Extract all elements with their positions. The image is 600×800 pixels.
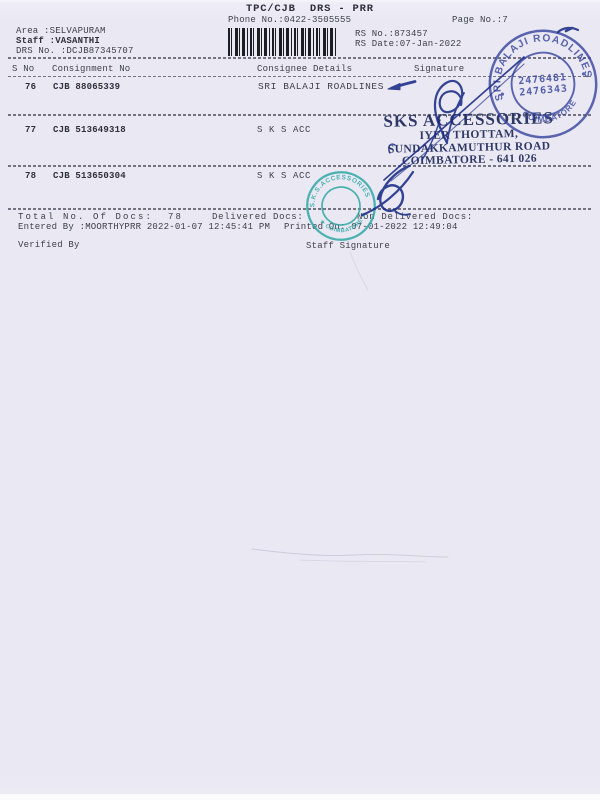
row-consignee: S K S ACC bbox=[257, 125, 311, 135]
row-sno: 76 bbox=[25, 82, 36, 92]
barcode bbox=[228, 28, 338, 56]
stamp-ring-text: S.K.S.ACCESSORIES bbox=[305, 169, 372, 208]
svg-text:S.K.S.ACCESSORIES: S.K.S.ACCESSORIES bbox=[305, 169, 372, 208]
staff-field: Staff :VASANTHI bbox=[16, 36, 100, 46]
total-docs: Total No. Of Docs: 78 bbox=[18, 212, 183, 222]
dashed-divider bbox=[8, 208, 592, 210]
col-header-signature: Signature bbox=[414, 64, 464, 74]
entered-by: Entered By :MOORTHYPRR 2022-01-07 12:45:… bbox=[18, 222, 270, 232]
row-consignment-no: CJB 513650304 bbox=[53, 171, 126, 181]
area-field: Area :SELVAPURAM bbox=[16, 26, 106, 36]
scan-edge-top bbox=[0, 0, 600, 2]
page-number: Page No.:7 bbox=[452, 15, 508, 25]
rs-date-field: RS Date:07-Jan-2022 bbox=[355, 39, 461, 49]
row-consignee: SRI BALAJI ROADLINES bbox=[258, 82, 384, 92]
drs-no-field: DRS No. :DCJB87345707 bbox=[16, 46, 134, 56]
svg-text:COIMBATORE: COIMBATORE bbox=[519, 96, 582, 130]
row-sno: 78 bbox=[25, 171, 36, 181]
scan-edge-bottom bbox=[0, 794, 600, 800]
sks-accessories-round-stamp: S.K.S.ACCESSORIES ★ COIMBATORE ★ bbox=[303, 168, 379, 244]
row-consignment-no: CJB 513649318 bbox=[53, 125, 126, 135]
row-consignment-no: CJB 88065339 bbox=[53, 82, 120, 92]
crease-mark bbox=[252, 252, 448, 562]
stamp-ring-text: COIMBATORE bbox=[519, 96, 582, 130]
col-header-consignee: Consignee Details bbox=[257, 64, 352, 74]
rs-no-field: RS No.:873457 bbox=[355, 29, 428, 39]
drs-document-page: TPC/CJB DRS - PRR Phone No.:0422-3505555… bbox=[0, 0, 600, 800]
document-title: TPC/CJB DRS - PRR bbox=[246, 4, 374, 14]
col-header-consignment: Consignment No bbox=[52, 64, 130, 74]
phone-number: Phone No.:0422-3505555 bbox=[228, 15, 351, 25]
sri-balaji-roadlines-stamp: SRI BALAJI ROADLINES COIMBATORE 2476481 … bbox=[486, 27, 600, 141]
verified-by-label: Verified By bbox=[18, 240, 80, 250]
col-header-sno: S No bbox=[12, 64, 34, 74]
row-sno: 77 bbox=[25, 125, 36, 135]
pen-arrow-mark bbox=[388, 82, 415, 90]
delivered-docs: Delivered Docs: bbox=[212, 212, 304, 222]
